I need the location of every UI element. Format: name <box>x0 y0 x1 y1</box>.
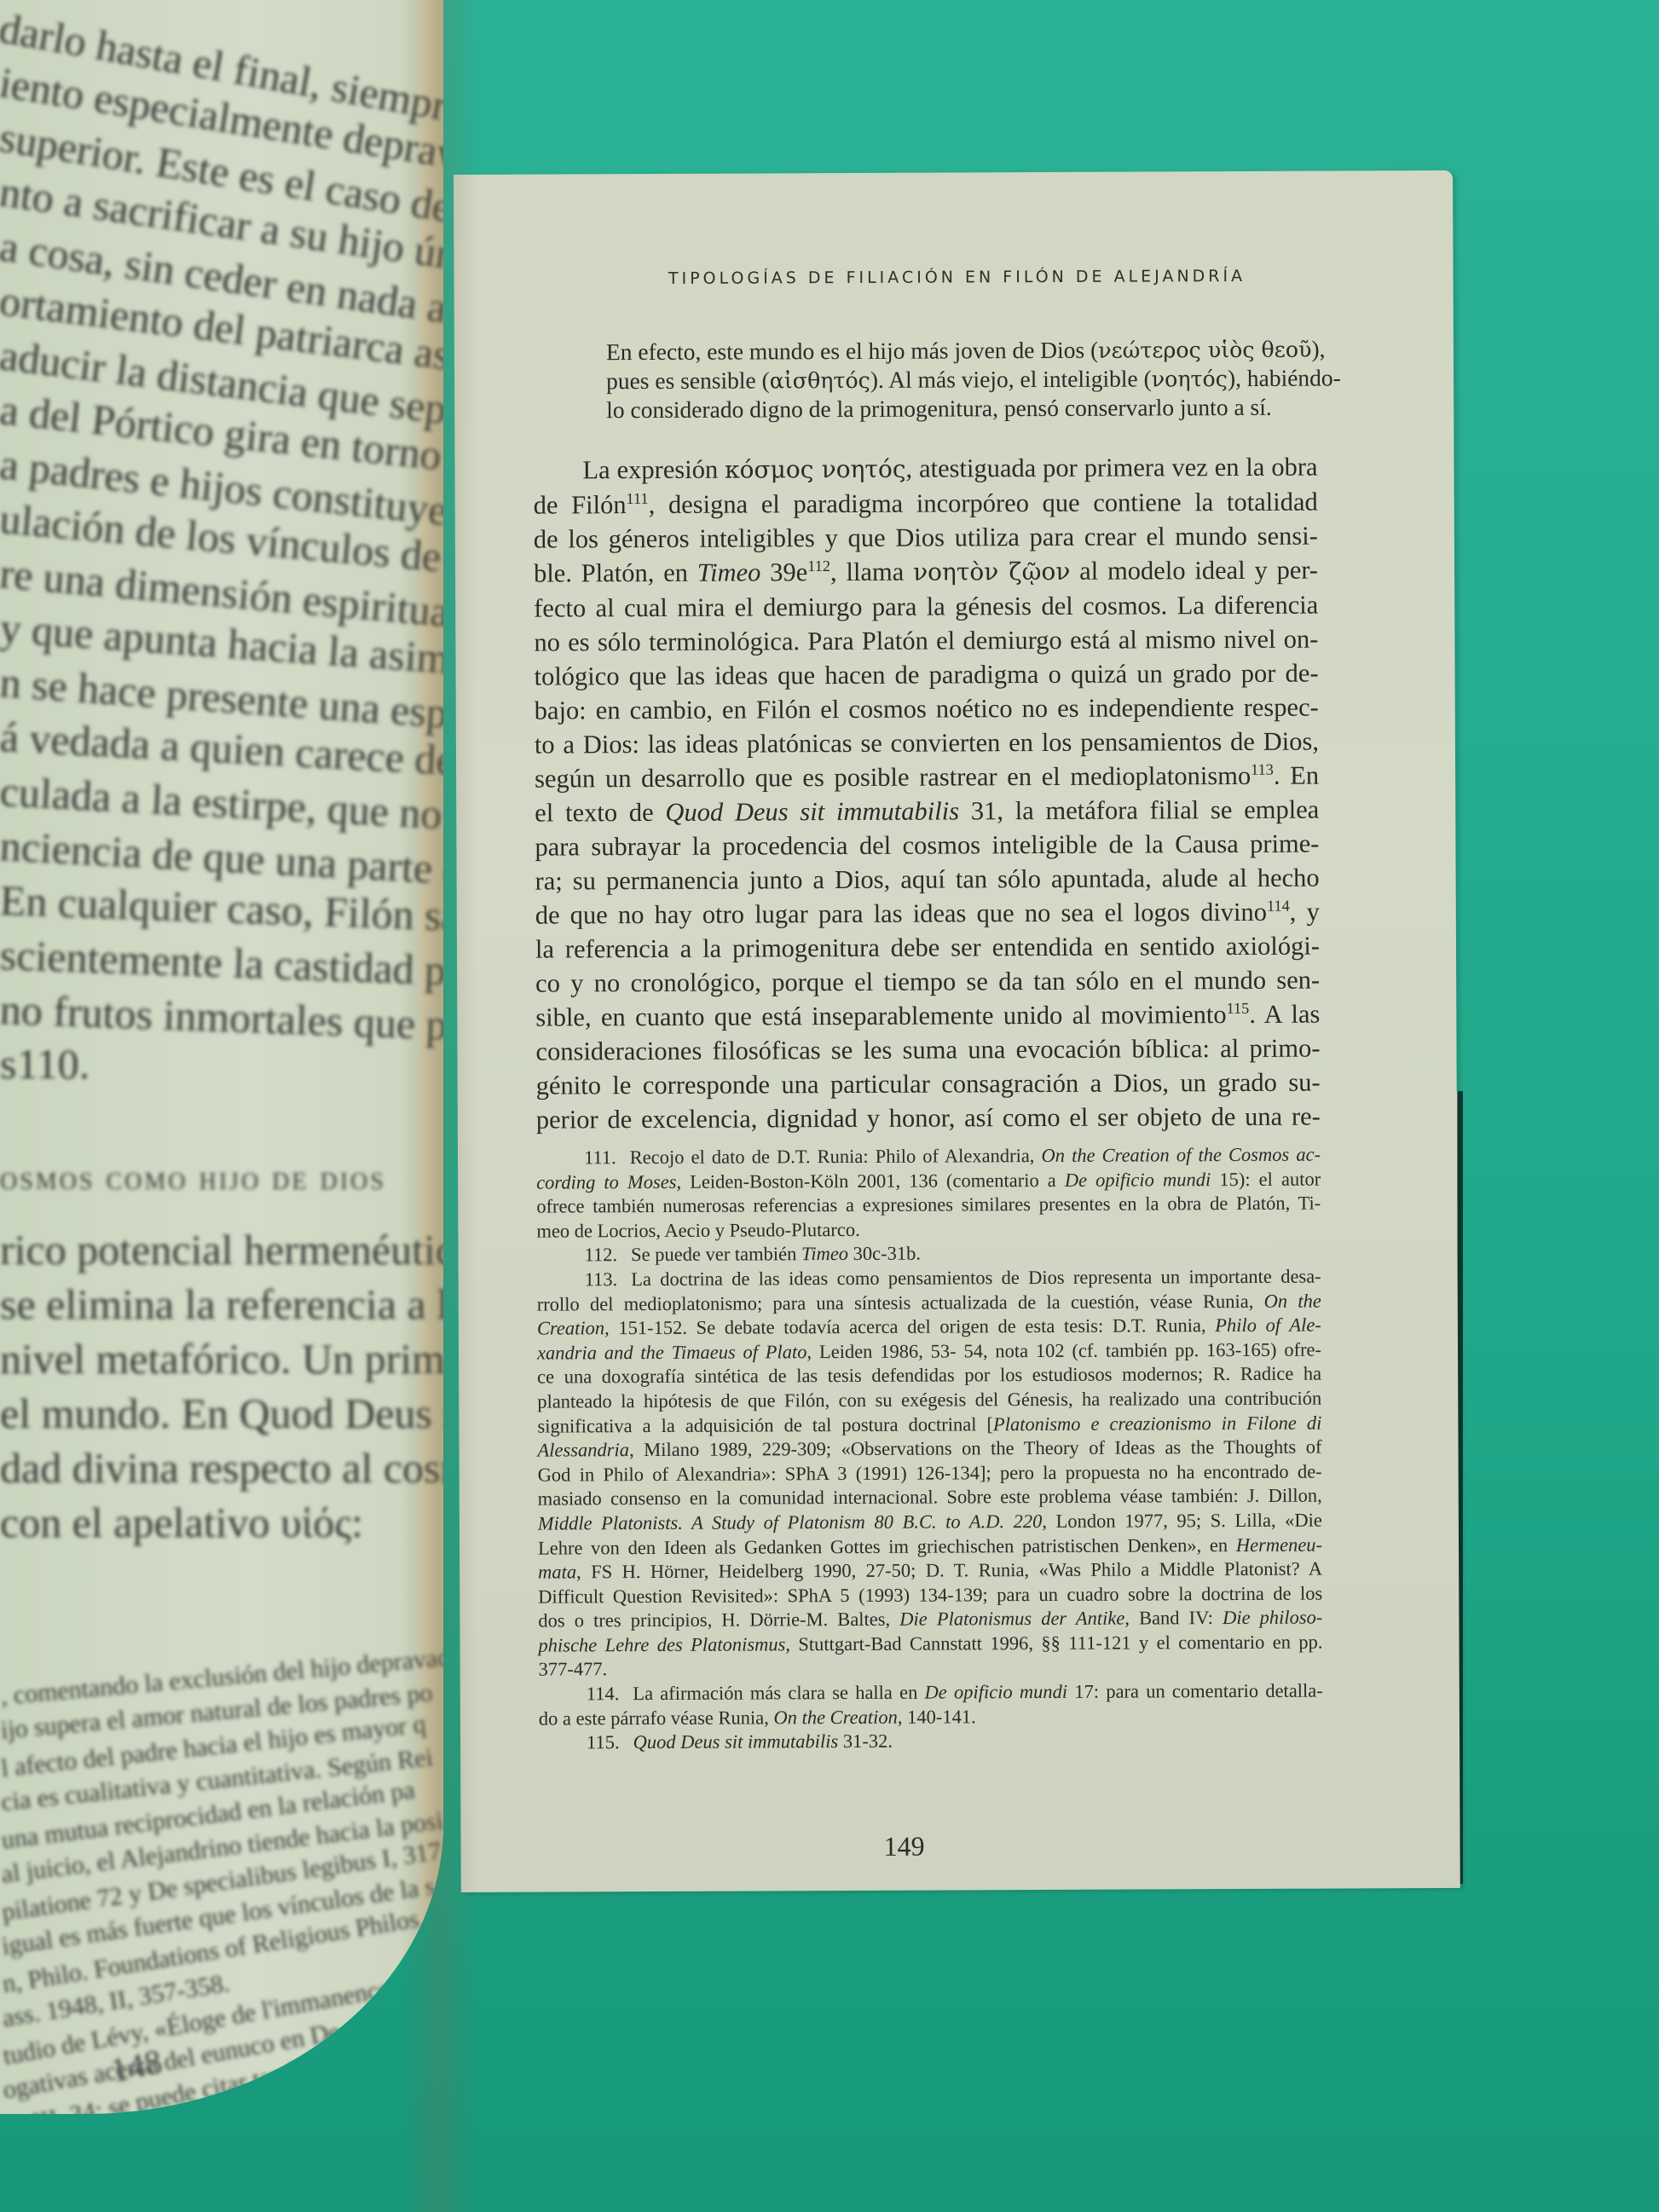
right-page: TIPOLOGÍAS DE FILIACIÓN EN FILÓN DE ALEJ… <box>454 170 1460 1892</box>
left-line: rico potencial hermenéutico que p <box>0 1222 443 1277</box>
paragraph-line: según un desarrollo que es posible rastr… <box>535 759 1319 796</box>
footnote-113: 113.La doctrina de las ideas como pensam… <box>537 1265 1323 1683</box>
left-line: con el apelativo υἱός: <box>0 1495 443 1550</box>
paragraph-line: to a Dios: las ideas platónicas se convi… <box>535 725 1319 762</box>
paragraph-line: sible, en cuanto que está inseparablemen… <box>535 997 1320 1035</box>
footnote-ref-113[interactable]: 113 <box>1251 761 1274 778</box>
footnote-112: 112.Se puede ver también Timeo 30c-31b. <box>536 1240 1321 1268</box>
paragraph-line: consideraciones filosóficas se les suma … <box>535 1031 1320 1069</box>
left-line: dad divina respecto al cosmos inte <box>0 1441 443 1495</box>
running-head: TIPOLOGÍAS DE FILIACIÓN EN FILÓN DE ALEJ… <box>581 267 1332 289</box>
footnote-ref-112[interactable]: 112 <box>807 557 830 575</box>
footnote-ref-111[interactable]: 111 <box>626 490 648 507</box>
paragraph-line: La expresión κόσμος νοητός, atestiguada … <box>533 450 1317 488</box>
paragraph-line: para subrayar la procedencia del cosmos … <box>535 827 1319 864</box>
paragraph-line: no es sólo terminológica. Para Platón el… <box>534 622 1318 660</box>
paragraph-line: ra; su permanencia junto a Dios, aquí ta… <box>535 861 1320 898</box>
footnote-ref-115[interactable]: 115 <box>1227 1000 1250 1017</box>
main-paragraph: La expresión κόσμος νοητός, atestiguada … <box>533 450 1320 1137</box>
paragraph-line: de que no hay otro lugar para las ideas … <box>535 895 1320 933</box>
left-line: se elimina la referencia a la gene <box>0 1277 443 1331</box>
paragraph-line: la referencia a la primogenitura debe se… <box>535 929 1320 967</box>
quote-line: En efecto, este mundo es el hijo más jov… <box>606 335 1317 367</box>
quote-line: pues es sensible (αἰσθητός). Al más viej… <box>606 364 1317 396</box>
left-line: el mundo. En Quod Deus sit immu <box>0 1386 443 1441</box>
footnote-111: 111.Recojo el dato de D.T. Runia: Philo … <box>536 1143 1321 1244</box>
left-page-text: darlo hasta el final, siempre y iento es… <box>0 0 443 2114</box>
paragraph-line: génito le corresponde una particular con… <box>536 1066 1321 1103</box>
body-text: En efecto, este mundo es el hijo más jov… <box>533 335 1321 1137</box>
left-page: darlo hasta el final, siempre y iento es… <box>0 0 443 2114</box>
footnote-ref-114[interactable]: 114 <box>1267 898 1290 915</box>
paragraph-line: tológico que las ideas que hacen de para… <box>534 656 1318 694</box>
paragraph-line: fecto al cual mira el demiurgo para la g… <box>534 588 1318 626</box>
paragraph-line: el texto de Quod Deus sit immutabilis 31… <box>535 793 1319 830</box>
paragraph-line: de Filón111, designa el paradigma incorp… <box>534 485 1318 523</box>
paragraph-line: co y no cronológico, porque el tiempo se… <box>535 963 1320 1001</box>
footnote-115: 115.Quod Deus sit immutabilis 31-32. <box>539 1728 1323 1756</box>
left-line: nivel metafórico. Un primer ámbi <box>0 1331 443 1386</box>
footnote-114: 114.La afirmación más clara se halla en … <box>539 1679 1323 1731</box>
left-section-heading: osmos como hijo de dios <box>0 1151 443 1205</box>
paragraph-line: ble. Platón, en Timeo 39e112, llama νοητ… <box>534 553 1318 592</box>
footnotes: 111.Recojo el dato de D.T. Runia: Philo … <box>536 1143 1323 1756</box>
right-page-number: 149 <box>460 1828 1347 1864</box>
paragraph-line: perior de excelencia, dignidad y honor, … <box>536 1100 1321 1137</box>
paragraph-line: bajo: en cambio, en Filón el cosmos noét… <box>535 690 1319 728</box>
paragraph-line: de los géneros inteligibles y que Dios u… <box>534 519 1318 557</box>
quote-line: lo considerado digno de la primogenitura… <box>606 393 1317 424</box>
block-quote: En efecto, este mundo es el hijo más jov… <box>606 335 1317 424</box>
book-gutter-shadow <box>401 0 477 2212</box>
